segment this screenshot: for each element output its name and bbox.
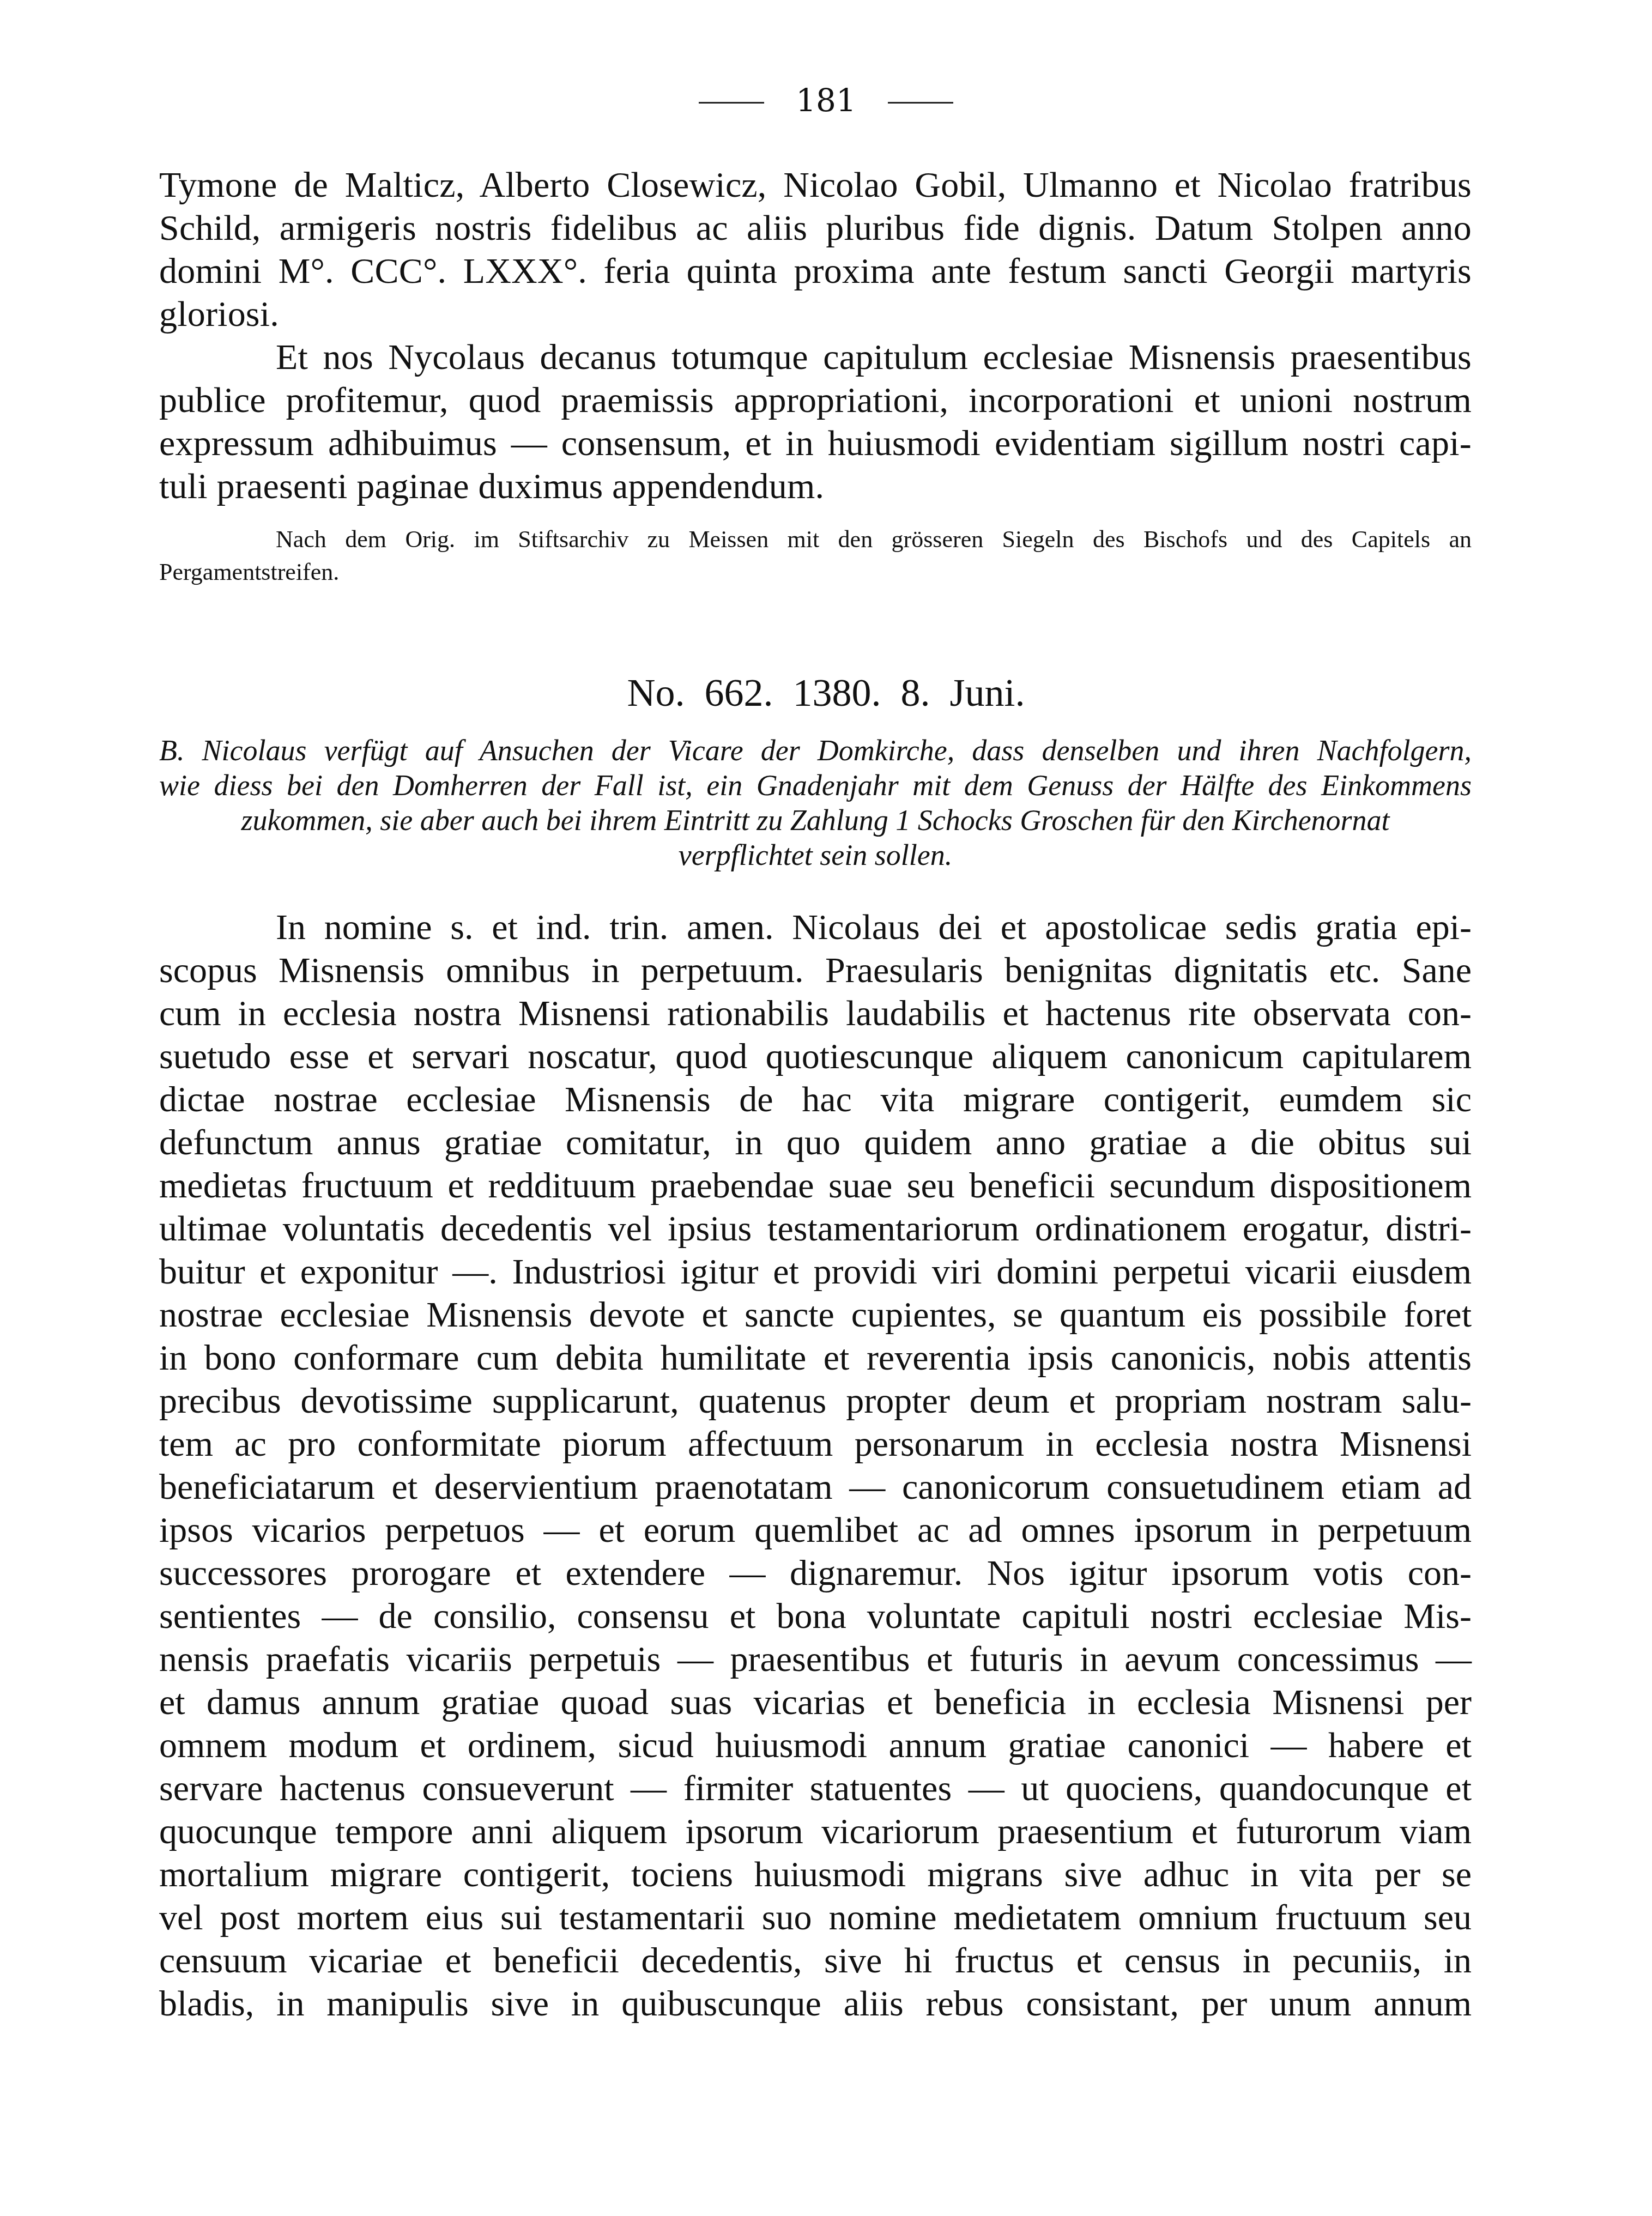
body-line: nensis praefatis vicariis perpetuis — pr… (159, 1638, 1472, 1681)
text-line: tuli praesenti paginae duximus appendend… (159, 465, 1472, 508)
body-line: scopus Misnensis omnibus in perpetuum. P… (159, 949, 1472, 992)
body-line: successores prorogare et extendere — dig… (159, 1552, 1472, 1595)
text-line: domini M°. CCC°. LXXX°. feria quinta pro… (159, 250, 1472, 293)
document-heading: No. 662. 1380. 8. Juni. (0, 670, 1652, 716)
body-line: censuum vicariae et beneficii decedentis… (159, 1939, 1472, 1982)
document-summary: B. Nicolaus verfügt auf Ansuchen der Vic… (159, 733, 1472, 873)
body-line: omnem modum et ordinem, sicud huiusmodi … (159, 1724, 1472, 1767)
summary-line: B. Nicolaus verfügt auf Ansuchen der Vic… (159, 733, 1472, 768)
page-number-dash-left (699, 102, 764, 104)
body-line: quocunque tempore anni aliquem ipsorum v… (159, 1810, 1472, 1853)
continuation-paragraph: Tymone de Malticz, Alberto Closewicz, Ni… (159, 164, 1472, 336)
text-line: expressum adhibuimus — consensum, et in … (159, 422, 1472, 465)
note-line: Pergamentstreifen. (159, 556, 1472, 589)
text-line: Tymone de Malticz, Alberto Closewicz, Ni… (159, 164, 1472, 207)
page-number-text: 181 (796, 82, 856, 119)
summary-line: zukommen, sie aber auch bei ihrem Eintri… (159, 803, 1472, 838)
body-line: tem ac pro conformitate piorum affectuum… (159, 1422, 1472, 1466)
page-number-dash-right (888, 102, 953, 104)
body-line: sentientes — de consilio, consensu et bo… (159, 1595, 1472, 1638)
source-note: Nach dem Orig. im Stiftsarchiv zu Meisse… (159, 523, 1472, 589)
body-line: ultimae voluntatis decedentis vel ipsius… (159, 1207, 1472, 1250)
body-line: mortalium migrare contigerit, tociens hu… (159, 1853, 1472, 1896)
body-line: dictae nostrae ecclesiae Misnensis de ha… (159, 1078, 1472, 1121)
body-line: cum in ecclesia nostra Misnensi rationab… (159, 992, 1472, 1035)
summary-line: wie diess bei den Domherren der Fall ist… (159, 768, 1472, 803)
body-line: buitur et exponitur —. Industriosi igitu… (159, 1250, 1472, 1293)
page-number: 181 (0, 82, 1652, 119)
document-body: In nomine s. et ind. trin. amen. Nicolau… (159, 906, 1472, 2025)
body-line: et damus annum gratiae quoad suas vicari… (159, 1681, 1472, 1724)
body-line: bladis, in manipulis sive in quibuscunqu… (159, 1982, 1472, 2025)
body-line: servare hactenus consueverunt — firmiter… (159, 1767, 1472, 1810)
body-line: vel post mortem eius sui testamentarii s… (159, 1896, 1472, 1939)
summary-line: verpflichtet sein sollen. (159, 838, 1472, 873)
body-line: medietas fructuum et reddituum praebenda… (159, 1164, 1472, 1207)
body-line: In nomine s. et ind. trin. amen. Nicolau… (159, 906, 1472, 949)
body-line: ipsos vicarios perpetuos — et eorum quem… (159, 1509, 1472, 1552)
body-line: in bono conformare cum debita humilitate… (159, 1336, 1472, 1379)
body-line: beneficiatarum et deservientium praenota… (159, 1466, 1472, 1509)
body-line: precibus devotissime supplicarunt, quate… (159, 1379, 1472, 1422)
consent-paragraph: Et nos Nycolaus decanus totumque capitul… (159, 336, 1472, 508)
note-line: Nach dem Orig. im Stiftsarchiv zu Meisse… (159, 523, 1472, 556)
text-line: Et nos Nycolaus decanus totumque capitul… (159, 336, 1472, 379)
text-line: publice profitemur, quod praemissis appr… (159, 379, 1472, 422)
body-line: suetudo esse et servari noscatur, quod q… (159, 1035, 1472, 1078)
body-line: defunctum annus gratiae comitatur, in qu… (159, 1121, 1472, 1164)
text-line: gloriosi. (159, 293, 1472, 336)
text-line: Schild, armigeris nostris fidelibus ac a… (159, 207, 1472, 250)
body-line: nostrae ecclesiae Misnensis devote et sa… (159, 1293, 1472, 1336)
